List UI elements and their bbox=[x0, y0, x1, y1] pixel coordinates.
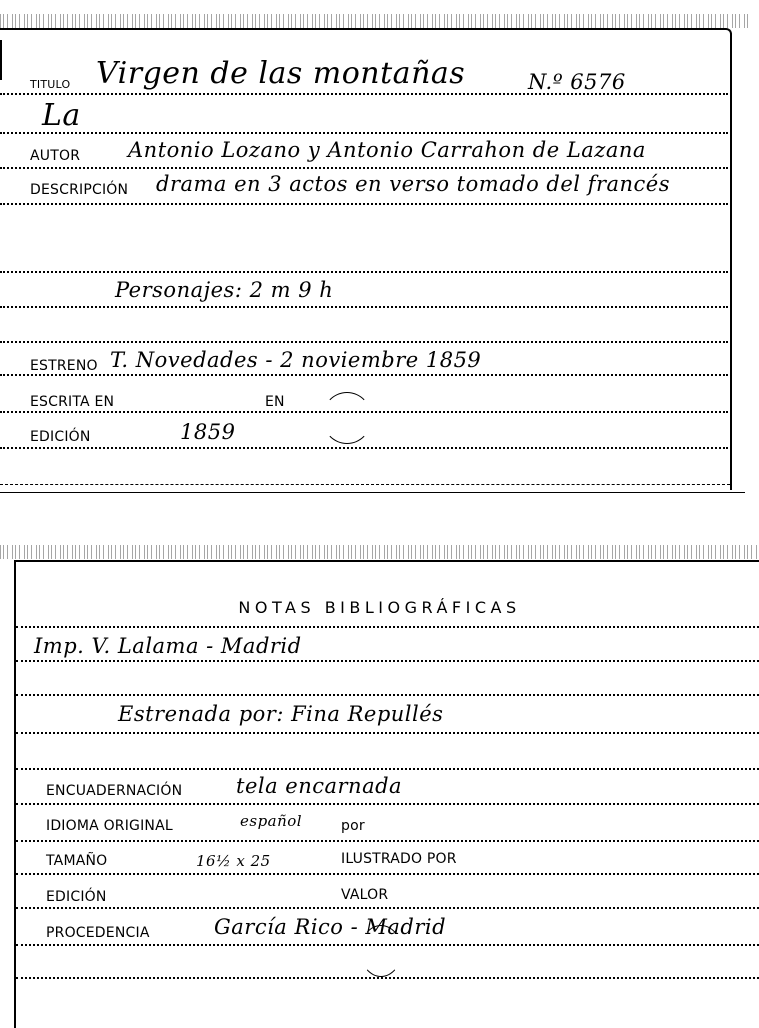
procedencia-value: García Rico - Madrid bbox=[214, 915, 446, 939]
autor-value: Antonio Lozano y Antonio Carrahon de Laz… bbox=[128, 138, 646, 162]
autor-label: AUTOR bbox=[30, 148, 80, 164]
rule-line bbox=[16, 768, 759, 770]
scan-noise-top bbox=[0, 14, 750, 28]
edicion-label: EDICIÓN bbox=[30, 429, 91, 445]
rule-line bbox=[16, 803, 759, 805]
descripcion-value: drama en 3 actos en verso tomado del fra… bbox=[156, 172, 670, 196]
valor-label: VALOR bbox=[341, 887, 388, 903]
encuadernacion-value: tela encarnada bbox=[236, 774, 402, 798]
estreno-label: ESTRENO bbox=[30, 358, 98, 374]
rule-line bbox=[0, 447, 728, 449]
card-separator bbox=[0, 492, 745, 493]
rule-line bbox=[16, 660, 759, 662]
rule-line bbox=[0, 306, 728, 308]
notes-heading: NOTAS BIBLIOGRÁFICAS bbox=[0, 598, 759, 617]
idioma-original-value: español bbox=[240, 812, 302, 830]
por-label: por bbox=[341, 818, 365, 834]
catalog-number: N.º 6576 bbox=[528, 70, 626, 94]
card-edge bbox=[0, 40, 2, 80]
rule-line bbox=[16, 977, 759, 979]
idioma-original-label: IDIOMA ORIGINAL bbox=[46, 818, 173, 834]
smudge-mark bbox=[322, 392, 372, 444]
card-bottom-edge bbox=[0, 484, 730, 485]
ilustrado-por-label: ILUSTRADO POR bbox=[341, 851, 457, 867]
escrita-en-label: ESCRITA EN bbox=[30, 394, 114, 410]
rule-line bbox=[16, 873, 759, 875]
note-line-2: Estrenada por: Fina Repullés bbox=[118, 702, 443, 726]
personajes-value: Personajes: 2 m 9 h bbox=[115, 278, 333, 302]
note-line-1: Imp. V. Lalama - Madrid bbox=[34, 634, 302, 658]
en-label: EN bbox=[265, 394, 285, 410]
tamano-label: TAMAÑO bbox=[46, 853, 107, 869]
titulo-value: Virgen de las montañas bbox=[96, 56, 465, 91]
edicion-notes-label: EDICIÓN bbox=[46, 889, 107, 905]
rule-line bbox=[0, 203, 728, 205]
rule-line bbox=[0, 374, 728, 376]
rule-line bbox=[16, 840, 759, 842]
encuadernacion-label: ENCUADERNACIÓN bbox=[46, 783, 182, 799]
rule-line bbox=[16, 694, 759, 696]
rule-line bbox=[0, 132, 728, 134]
rule-line bbox=[16, 626, 759, 628]
rule-line bbox=[0, 271, 728, 273]
rule-line bbox=[16, 907, 759, 909]
rule-line bbox=[16, 732, 759, 734]
estreno-value: T. Novedades - 2 noviembre 1859 bbox=[110, 348, 481, 372]
titulo-value-line2: La bbox=[42, 98, 81, 133]
smudge-mark bbox=[360, 925, 402, 977]
rule-line bbox=[0, 167, 728, 169]
scan-noise-bottom bbox=[0, 545, 759, 559]
tamano-value: 16½ x 25 bbox=[196, 852, 271, 870]
procedencia-label: PROCEDENCIA bbox=[46, 925, 150, 941]
titulo-label: TITULO bbox=[30, 78, 70, 91]
descripcion-label: DESCRIPCIÓN bbox=[30, 182, 128, 198]
edicion-value: 1859 bbox=[180, 420, 235, 444]
rule-line bbox=[0, 341, 728, 343]
